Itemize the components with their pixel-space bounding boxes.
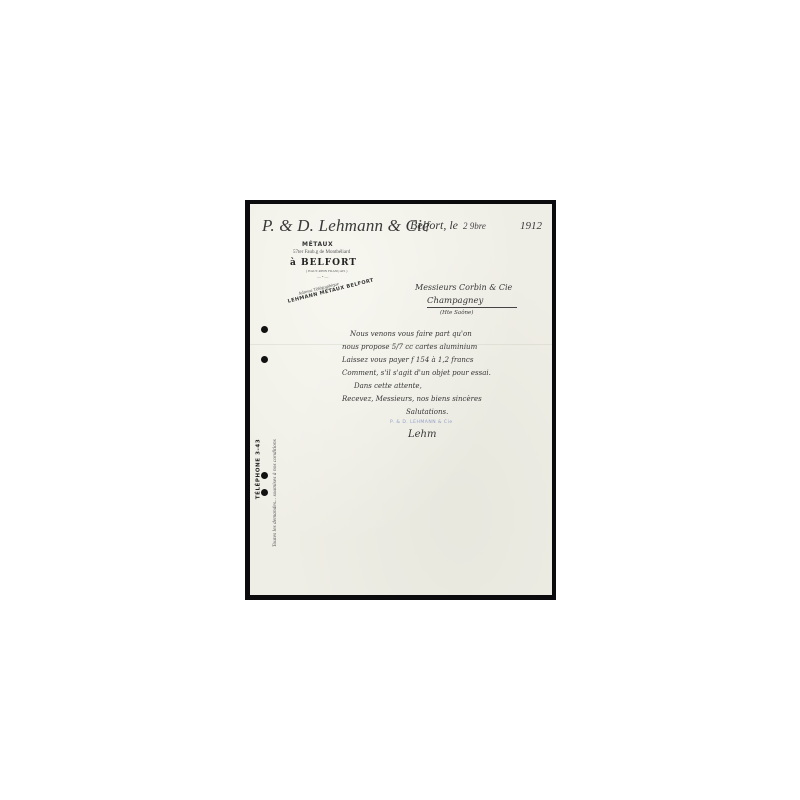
body-line: Dans cette attente, (354, 382, 422, 390)
punch-hole (261, 326, 268, 333)
recipient-town: Champagney (427, 296, 517, 308)
date-handwritten: 2 9bre (463, 221, 486, 231)
ornament-separator: — • — (317, 274, 328, 279)
body-line: Recevez, Messieurs, nos biens sincères (342, 395, 482, 403)
recipient-department: (Hte Saône) (440, 310, 473, 316)
company-stamp: P. & D. LEHMANN & Cie (390, 420, 453, 425)
date-prefix: Belfort, le (410, 218, 458, 232)
body-line: Comment, s'il s'agit d'un objet pour ess… (342, 369, 491, 377)
body-line: Nous venons vous faire part qu'on (350, 330, 472, 338)
company-name: P. & D. Lehmann & Cie (262, 216, 430, 236)
recipient-name: Messieurs Corbin & Cie (415, 283, 512, 292)
side-conditions-note: Toutes les demandes... soumises à nos co… (272, 367, 278, 547)
telegraph-address-block: Adresse Télégraphique LEHMANN MÉTAUX BEL… (286, 273, 374, 305)
year: 1912 (520, 220, 542, 232)
punch-hole (261, 472, 268, 479)
city-name: à BELFORT (290, 258, 357, 268)
letter-page: P. & D. Lehmann & Cie MÉTAUX 57ter Faub.… (250, 204, 552, 595)
signature: Lehm (408, 429, 436, 440)
street-address: 57ter Faub.g de Montbéliard (293, 250, 350, 255)
punch-hole (261, 489, 268, 496)
salutation: Salutations. (406, 408, 448, 416)
body-line: nous propose 5/7 cc cartes aluminium (342, 343, 477, 351)
trade-label: MÉTAUX (302, 241, 333, 248)
punch-hole (261, 356, 268, 363)
date-line: Belfort, le 2 9bre (410, 218, 486, 233)
body-line: Laissez vous payer f 154 à 1,2 francs (342, 356, 473, 364)
country-line: ( HAUT-RHIN FRANÇAIS ) (306, 269, 347, 273)
